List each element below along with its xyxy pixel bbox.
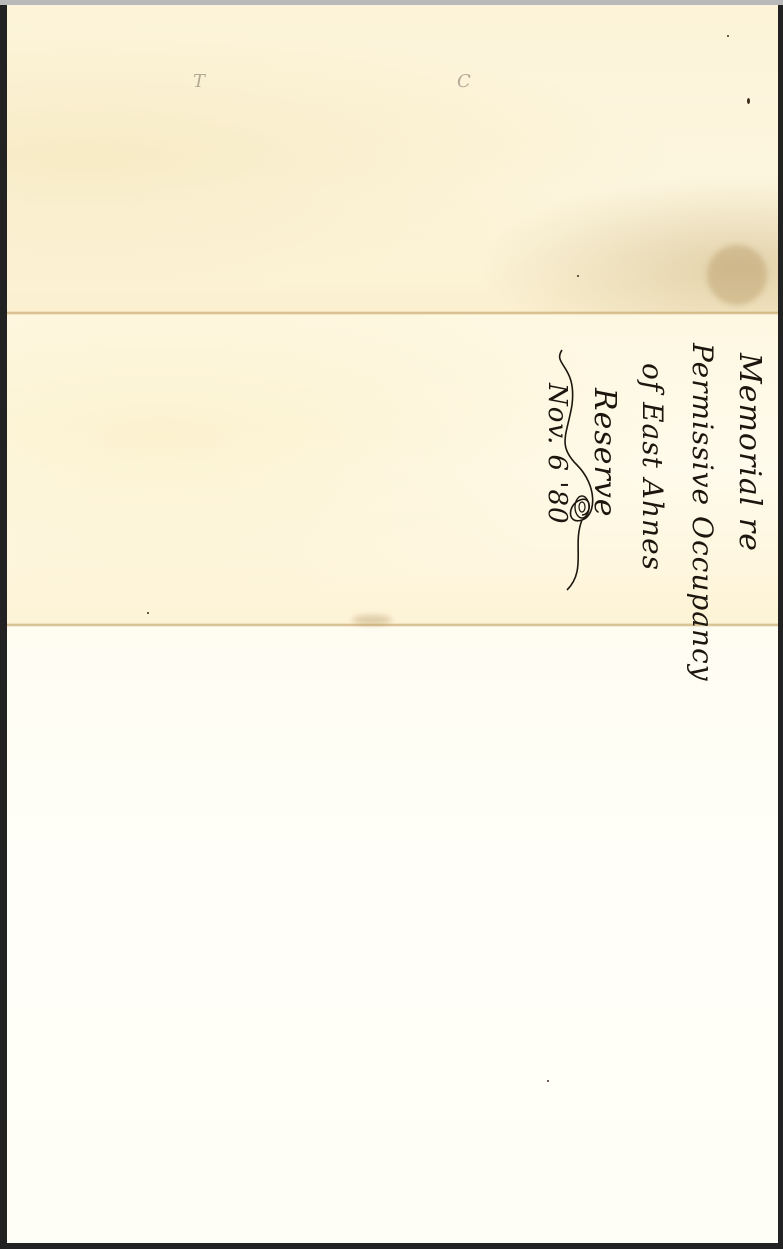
pencil-mark-t: T [193,71,205,92]
ink-speck [547,1080,549,1082]
ink-speck [747,98,750,104]
fold-panel-top [7,5,778,313]
fold-line-upper [7,311,778,315]
docket-date: Nov. 6 '80 [542,383,572,525]
scan-background: T C Memorial re Permissive Occupancy of … [0,0,783,1249]
docket-reserve: Reserve [587,388,622,518]
document-page: T C Memorial re Permissive Occupancy of … [7,5,778,1243]
ink-speck [577,275,579,277]
docket-endorsement: Memorial re Permissive Occupancy of East… [517,343,777,613]
fold-stain [352,615,392,625]
ink-speck [147,612,149,614]
docket-subject: Permissive Occupancy [686,343,719,682]
fold-panel-bottom [7,625,778,1243]
pencil-mark-c: C [457,71,471,92]
ink-speck [727,35,729,37]
fold-line-lower [7,623,778,627]
docket-title: Memorial re [732,353,767,552]
age-stain [707,245,767,305]
docket-location: of East Ahnes [636,363,669,571]
